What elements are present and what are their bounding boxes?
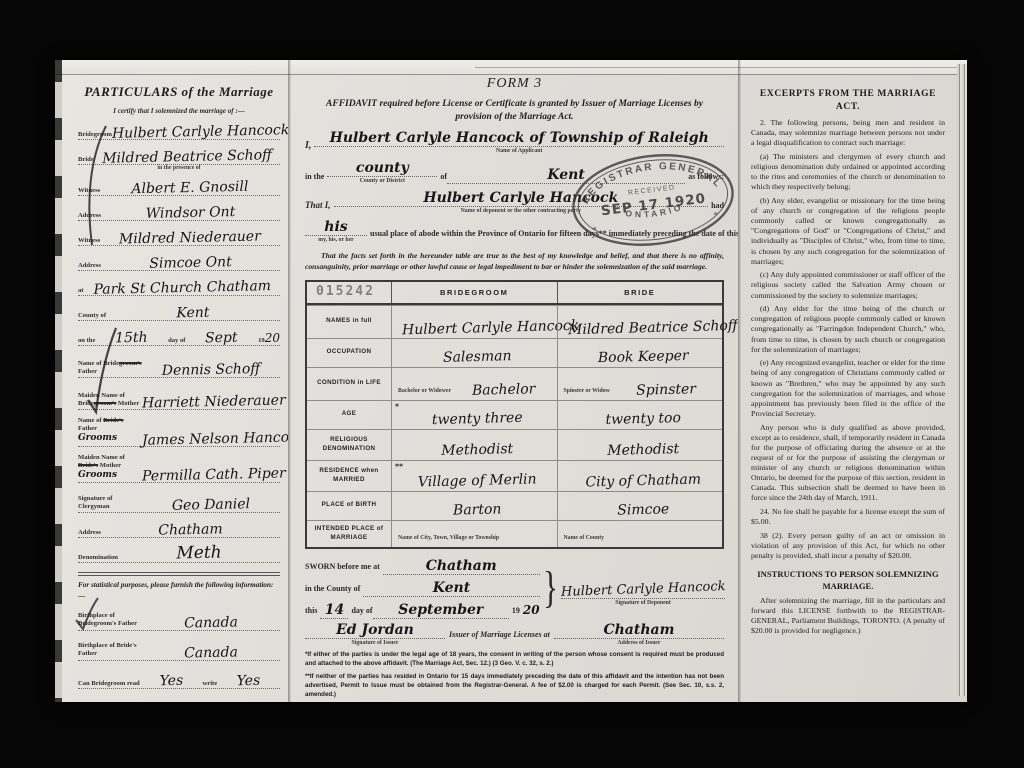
registrar-general-stamp: REGISTRAR GENERAL ONTARIO RECEIVED SEP 1… — [564, 142, 738, 258]
sworn-day-slot: 14 — [320, 603, 348, 619]
stat4-value-a: — — [121, 701, 193, 702]
sworn-year-value: 20 — [520, 604, 540, 619]
parent2-label-post: Father — [78, 425, 97, 432]
field-parent-0: Name of Bridegroom's Father Dennis Schof… — [78, 353, 280, 378]
row4-label: RELIGIOUS DENOMINATION — [307, 430, 391, 460]
issuer-line: Ed Jordan Signature of Issuer Issuer of … — [305, 623, 724, 647]
stamp-star-left: * — [592, 225, 598, 237]
date-on-label: on the — [78, 337, 95, 345]
instructions-title: INSTRUCTIONS TO PERSON SOLEMNIZING MARRI… — [751, 568, 945, 592]
clergy-address-value: Chatham — [101, 522, 280, 540]
issuer-signature: Ed Jordan — [305, 623, 445, 639]
county-word-value: county — [327, 161, 437, 177]
sworn-line1: SWORN before me at Chatham — [305, 559, 540, 575]
address1-value: Windsor Ont — [101, 204, 280, 222]
stats-heading: For statistical purposes, please furnish… — [78, 580, 280, 600]
parent0-label-pre: Name of Bride — [78, 360, 119, 367]
row1-bride-sub — [564, 361, 568, 364]
bridegroom-label: Bridegroom — [78, 131, 112, 139]
field-parent-3: Maiden Name of Bride's MotherGrooms Perm… — [78, 454, 280, 484]
field-parent-2: Name of Bride's FatherGrooms James Nelso… — [78, 417, 280, 447]
row2-groom-cell: Bachelor or WidowerBachelor — [391, 368, 557, 400]
paper-stack-right-edge — [957, 64, 967, 696]
parent2-label-struck: Bride's — [103, 417, 123, 424]
parent1-value: Harriett Niederauer — [142, 393, 286, 410]
footnote-2: **If neither of the parties has resided … — [305, 673, 724, 700]
parent3-value: Permilla Cath. Piper — [142, 467, 286, 484]
scanned-document-page: PARTICULARS of the Marriage I certify th… — [55, 60, 967, 702]
row6-label: PLACE of BIRTH — [307, 492, 391, 520]
excerpt-para-b: (b) Any elder, evangelist or missionary … — [751, 196, 945, 267]
row7-groom-value — [503, 543, 552, 544]
stamp-star-right: * — [713, 210, 719, 222]
footnote-1: *If either of the parties is under the l… — [305, 651, 724, 669]
date-month-value: Sept — [185, 330, 258, 346]
parent2-label: Name of Bride's FatherGrooms — [78, 417, 142, 446]
row5-bride-cell: City of Chatham — [557, 461, 723, 491]
county-sublabel: County or District — [327, 178, 437, 185]
row2-bride-sub: Spinster or Widow — [564, 388, 614, 397]
field-witness1: Witness Albert E. Gnosill — [78, 178, 280, 196]
row1-groom-cell: Salesman — [391, 339, 557, 367]
row5-groom-value: Village of Merlin — [402, 472, 553, 490]
field-bride: Bride Mildred Beatrice Schoff — [78, 147, 280, 165]
witness1-value: Albert E. Gnosill — [100, 179, 280, 197]
bride-value: Mildred Beatrice Schoff — [94, 148, 280, 166]
parent1-label: Maiden Name of Bridegroom's Mother — [78, 392, 142, 409]
table-row-age: AGE *twenty three twenty too — [307, 400, 722, 429]
row4-bride-sub — [564, 454, 568, 457]
date-19-label: 19 — [258, 337, 265, 345]
sworn-left-column: SWORN before me at Chatham in the County… — [305, 557, 540, 619]
parent0-label: Name of Bridegroom's Father — [78, 360, 142, 377]
row0-bride-sub — [564, 332, 568, 335]
sworn-county-value: Kent — [363, 581, 539, 597]
row6-bride-value: Simcoe — [567, 501, 718, 519]
field-clergy-address: Address Chatham — [78, 520, 280, 538]
sworn-right-column: } Hulbert Carlyle Hancock Signature of D… — [540, 557, 726, 619]
denomination-value: Meth — [118, 544, 280, 564]
row7-bride-sub: Name of County — [564, 535, 609, 544]
excerpt-para-38: 38 (2). Every person guilty of an act or… — [751, 531, 945, 561]
applicant-name-value: Hulbert Carlyle Hancock of Township of R… — [314, 131, 724, 147]
table-header-serial-cell: 015242 — [307, 282, 391, 303]
line2-slot-a: county County or District — [327, 161, 437, 185]
line2-printed-b: of — [437, 172, 447, 185]
field-parent-1: Maiden Name of Bridegroom's Mother Harri… — [78, 385, 280, 410]
section-divider — [78, 572, 280, 576]
sworn-brace: } — [543, 566, 558, 610]
line3-printed-a: That I, — [305, 200, 334, 214]
sworn-month-value: September — [373, 603, 509, 619]
row3-label: AGE — [307, 401, 391, 429]
table-row-religion: RELIGIOUS DENOMINATION Methodist Methodi… — [307, 429, 722, 460]
table-row-condition: CONDITION in LIFE Bachelor or WidowerBac… — [307, 367, 722, 400]
field-witness2: Witness Mildred Niederauer — [78, 228, 280, 246]
date-day-value: 15th — [95, 330, 168, 346]
parent3-label-pre: Maiden Name of — [78, 454, 125, 461]
row3-bride-sub — [564, 423, 568, 426]
field-clergy-signature: Signature of Clergyman Geo Daniel — [78, 490, 280, 513]
row0-groom-cell: Hulbert Carlyle Hancock — [391, 306, 557, 338]
clergy-address-label: Address — [78, 529, 101, 537]
stat3-value-a: Yes — [140, 673, 203, 688]
serial-number: 015242 — [316, 284, 375, 299]
table-row-birthplace: PLACE of BIRTH Barton Simcoe — [307, 491, 722, 520]
denomination-label: Denomination — [78, 554, 118, 562]
row4-groom-value: Methodist — [402, 441, 553, 459]
sworn-line2-printed: in the County of — [305, 584, 363, 597]
sworn-dayof-printed: day of — [348, 606, 372, 619]
stat3-label-b: write — [203, 680, 218, 688]
issuer-printed: Issuer of Marriage Licenses at — [445, 630, 554, 647]
at-value: Park St Church Chatham — [83, 279, 280, 297]
parent3-label: Maiden Name of Bride's MotherGrooms — [78, 454, 142, 483]
row0-groom-value: Hulbert Carlyle Hancock — [402, 318, 580, 337]
excerpts-title: EXCERPTS FROM THE MARRIAGE ACT. — [751, 88, 945, 115]
sworn-line1-slot: Chatham — [383, 559, 540, 575]
issuer-address-slot: Chatham Address of Issuer — [554, 623, 724, 647]
table-header-row: 015242 BRIDEGROOM BRIDE — [307, 282, 722, 305]
row2-groom-value: Bachelor — [455, 381, 553, 398]
affidavit-panel: FORM 3 AFFIDAVIT required before License… — [291, 60, 738, 702]
row3-bride-cell: twenty too — [557, 401, 723, 429]
facts-paragraph: That the facts set forth in the hereunde… — [305, 251, 724, 272]
bridegroom-value: Hulbert Carlyle Hancock — [112, 123, 288, 141]
field-bridegroom: Bridegroom Hulbert Carlyle Hancock — [78, 122, 280, 140]
row6-bride-sub — [564, 514, 568, 517]
row3-bride-value: twenty too — [567, 410, 718, 428]
stat2-value: Canada — [142, 644, 280, 661]
certify-line: I certify that I solemnized the marriage… — [78, 107, 280, 115]
table-row-names: NAMES in full Hulbert Carlyle Hancock Mi… — [307, 305, 722, 338]
row1-groom-value: Salesman — [402, 348, 553, 366]
excerpt-para-d: (d) Any elder for the time being of the … — [751, 304, 945, 355]
field-address1: Address Windsor Ont — [78, 203, 280, 221]
clergy-label: Signature of Clergyman — [78, 495, 142, 512]
issuer-address-value: Chatham — [554, 623, 724, 639]
line2-printed-a: in the — [305, 172, 327, 185]
address1-label: Address — [78, 212, 101, 220]
date-year-value: 20 — [265, 332, 280, 345]
row1-bride-cell: Book Keeper — [557, 339, 723, 367]
sworn-line1-printed: SWORN before me at — [305, 562, 383, 575]
parent3-label-struck: Bride's — [78, 462, 98, 469]
witness2-label: Witness — [78, 237, 100, 245]
field-stat1: Birthplace of Bridegroom's Father Canada — [78, 608, 280, 631]
row0-label: NAMES in full — [307, 306, 391, 338]
row3-groom-cell: *twenty three — [391, 401, 557, 429]
sworn-month-slot: September — [373, 603, 509, 619]
particulars-title: PARTICULARS of the Marriage — [78, 84, 280, 100]
clergy-value: Geo Daniel — [142, 497, 280, 514]
county-label: County of — [78, 312, 106, 320]
stat3-label-a: Can Bridegroom read — [78, 680, 140, 688]
stat1-label: Birthplace of Bridegroom's Father — [78, 612, 142, 629]
address2-value: Simcoe Ont — [101, 254, 280, 272]
witness2-value: Mildred Niederauer — [100, 229, 280, 247]
address2-label: Address — [78, 262, 101, 270]
row4-bride-value: Methodist — [567, 441, 718, 459]
row7-bride-value — [608, 542, 718, 545]
parent2-label-pre: Name of — [78, 417, 103, 424]
row5-bride-value: City of Chatham — [567, 472, 718, 490]
marriage-table: 015242 BRIDEGROOM BRIDE NAMES in full Hu… — [305, 280, 724, 549]
row7-label: INTENDED PLACE of MARRIAGE — [307, 521, 391, 547]
at-label: at — [78, 287, 84, 295]
row7-groom-sub: Name of City, Town, Village or Township — [398, 535, 503, 544]
sworn-line3: this 14 day of September 19 20 — [305, 603, 540, 619]
stat1-value: Canada — [142, 614, 280, 631]
field-date: on the 15th day of Sept 19 20 — [78, 328, 280, 346]
parent1-label-post: Mother — [116, 400, 139, 407]
excerpts-panel: EXCERPTS FROM THE MARRIAGE ACT. 2. The f… — [741, 60, 957, 702]
row7-groom-cell: Name of City, Town, Village or Township — [391, 521, 557, 547]
excerpt-para-e: (e) Any recognized evangelist, teacher o… — [751, 358, 945, 419]
row0-bride-value: Mildred Beatrice Schoff — [567, 318, 737, 336]
row2-bride-value: Spinster — [614, 381, 719, 398]
row5-groom-cell: **Village of Merlin — [391, 461, 557, 491]
stat2-label: Birthplace of Bride's Father — [78, 642, 142, 659]
row4-groom-cell: Methodist — [391, 430, 557, 460]
field-stat4: Can Bride read — write — — [78, 696, 280, 702]
issuer-address-sublabel: Address of Issuer — [554, 640, 724, 647]
witness1-label: Witness — [78, 187, 100, 195]
parent2-grooms-note: Grooms — [78, 433, 117, 443]
stat3-value-b: Yes — [217, 673, 280, 688]
field-at-church: at Park St Church Chatham — [78, 278, 280, 296]
county-value: Kent — [106, 304, 280, 322]
sworn-line2: in the County of Kent — [305, 581, 540, 597]
parent0-value: Dennis Schoff — [142, 362, 280, 379]
affidavit-heading: AFFIDAVIT required before License or Cer… — [323, 98, 706, 125]
parent1-label-struck: groom's — [94, 400, 117, 407]
table-row-residence: RESIDENCE when MARRIED **Village of Merl… — [307, 460, 722, 491]
row6-bride-cell: Simcoe — [557, 492, 723, 520]
field-county: County of Kent — [78, 303, 280, 321]
parent3-grooms-note: Grooms — [78, 470, 117, 480]
sworn-day-value: 14 — [320, 603, 348, 619]
column-header-bridegroom: BRIDEGROOM — [391, 282, 557, 303]
issuer-signature-sublabel: Signature of Issuer — [305, 640, 445, 647]
deponent-signature-block: Hulbert Carlyle Hancock Signature of Dep… — [561, 583, 726, 606]
bride-label: Bride — [78, 156, 94, 164]
his-her-value: his — [305, 220, 367, 236]
row1-bride-value: Book Keeper — [567, 348, 718, 366]
line1-printed: I, — [305, 140, 314, 155]
row1-label: OCCUPATION — [307, 339, 391, 367]
row5-bride-sub — [564, 485, 568, 488]
sworn-line2-slot: Kent — [363, 581, 539, 597]
row7-bride-cell: Name of County — [557, 521, 723, 547]
excerpt-para-1: 2. The following persons, being men and … — [751, 118, 945, 148]
row2-label: CONDITION in LIFE — [307, 368, 391, 400]
particulars-panel: PARTICULARS of the Marriage I certify th… — [62, 60, 288, 702]
row6-groom-value: Barton — [402, 501, 553, 519]
paper-torn-left-edge — [55, 60, 62, 702]
sworn-this-printed: this — [305, 606, 320, 619]
row6-groom-cell: Barton — [391, 492, 557, 520]
field-denomination: Denomination Meth — [78, 545, 280, 563]
form-number: FORM 3 — [305, 76, 724, 92]
sworn-place-value: Chatham — [383, 559, 540, 575]
row0-bride-cell: Mildred Beatrice Schoff — [557, 306, 723, 338]
date-dayof-label: day of — [168, 337, 185, 345]
parent0-label-struck: groom's — [119, 360, 142, 367]
row4-bride-cell: Methodist — [557, 430, 723, 460]
table-row-intended-place: INTENDED PLACE of MARRIAGE Name of City,… — [307, 520, 722, 547]
excerpt-para-24: 24. No fee shall be payable for a licens… — [751, 507, 945, 527]
row5-label: RESIDENCE when MARRIED — [307, 461, 391, 491]
sworn-section: SWORN before me at Chatham in the County… — [305, 557, 724, 619]
line4-slot: his my, his, or her — [305, 220, 367, 244]
column-header-bride: BRIDE — [557, 282, 723, 303]
deponent-signature-sublabel: Signature of Deponent — [561, 598, 726, 606]
field-address2: Address Simcoe Ont — [78, 253, 280, 271]
table-row-occupation: OCCUPATION Salesman Book Keeper — [307, 338, 722, 367]
row3-mark: * — [395, 402, 399, 411]
parent3-label-post: Mother — [98, 462, 121, 469]
row5-mark: ** — [395, 462, 403, 471]
field-stat2: Birthplace of Bride's Father Canada — [78, 638, 280, 661]
row3-groom-value: twenty three — [402, 410, 553, 428]
parent0-label-post: Father — [78, 368, 97, 375]
row2-groom-sub: Bachelor or Widower — [398, 388, 455, 397]
stat4-value-b: — — [208, 701, 280, 702]
issuer-signature-slot: Ed Jordan Signature of Issuer — [305, 623, 445, 647]
excerpt-para-a: (a) The ministers and clergymen of every… — [751, 152, 945, 193]
sworn-19-printed: 19 — [509, 606, 520, 619]
his-her-sublabel: my, his, or her — [305, 237, 367, 244]
row2-bride-cell: Spinster or WidowSpinster — [557, 368, 723, 400]
instructions-paragraph: After solemnizing the marriage, fill in … — [751, 596, 945, 637]
excerpt-para-c: (c) Any duly appointed commissioner or s… — [751, 270, 945, 300]
parent2-value: James Nelson Hancock — [142, 430, 288, 447]
deponent-signature: Hulbert Carlyle Hancock — [561, 580, 726, 599]
excerpt-para-residence: Any person who is duly qualified as abov… — [751, 423, 945, 504]
field-stat3: Can Bridegroom read Yes write Yes — [78, 668, 280, 689]
